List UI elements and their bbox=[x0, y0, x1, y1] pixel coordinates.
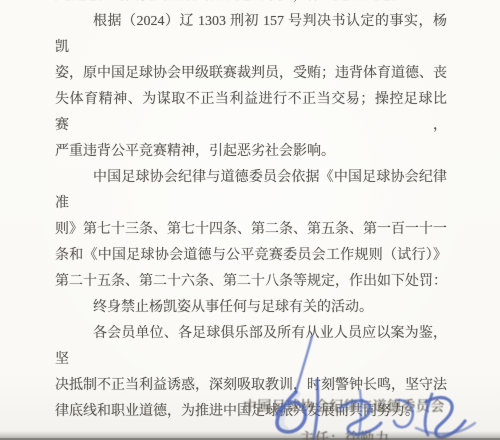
body-line: 则》第七十三条、第七十四条、第二条、第五条、第一百一十一 bbox=[55, 217, 447, 243]
body-line: 严重违背公平竞赛精神，引起恶劣社会影响。 bbox=[55, 139, 447, 165]
body-line: 根据（2024）辽 1303 刑初 157 号判决书认定的事实，杨凯 bbox=[55, 9, 447, 61]
body-line: 失体育精神、为谋取不正当利益进行不正当交易；操控足球比赛， bbox=[55, 87, 447, 139]
document-photo: 关规定和司法机关生效判决认定的事实，作出处理决定。根据（2024）辽 1303 … bbox=[0, 0, 500, 440]
clipped-top-line: 关规定和司法机关生效判决认定的事实，作出处理决定。 bbox=[55, 0, 447, 9]
body-line: 终身禁止杨凯姿从事任何与足球有关的活动。 bbox=[55, 295, 447, 321]
body-line: 条和《中国足球协会道德与公平竞赛委员会工作规则（试行）》 bbox=[55, 243, 447, 269]
body-line: 第二十五条、第二十六条、第二十八条等规定，作出如下处罚： bbox=[55, 269, 447, 295]
body-line: 中国足球协会纪律与道德委员会依据《中国足球协会纪律准 bbox=[55, 165, 447, 217]
body-line: 姿，原中国足球协会甲级联赛裁判员，受贿；违背体育道德、丧 bbox=[55, 61, 447, 87]
handwritten-signature bbox=[220, 330, 480, 440]
